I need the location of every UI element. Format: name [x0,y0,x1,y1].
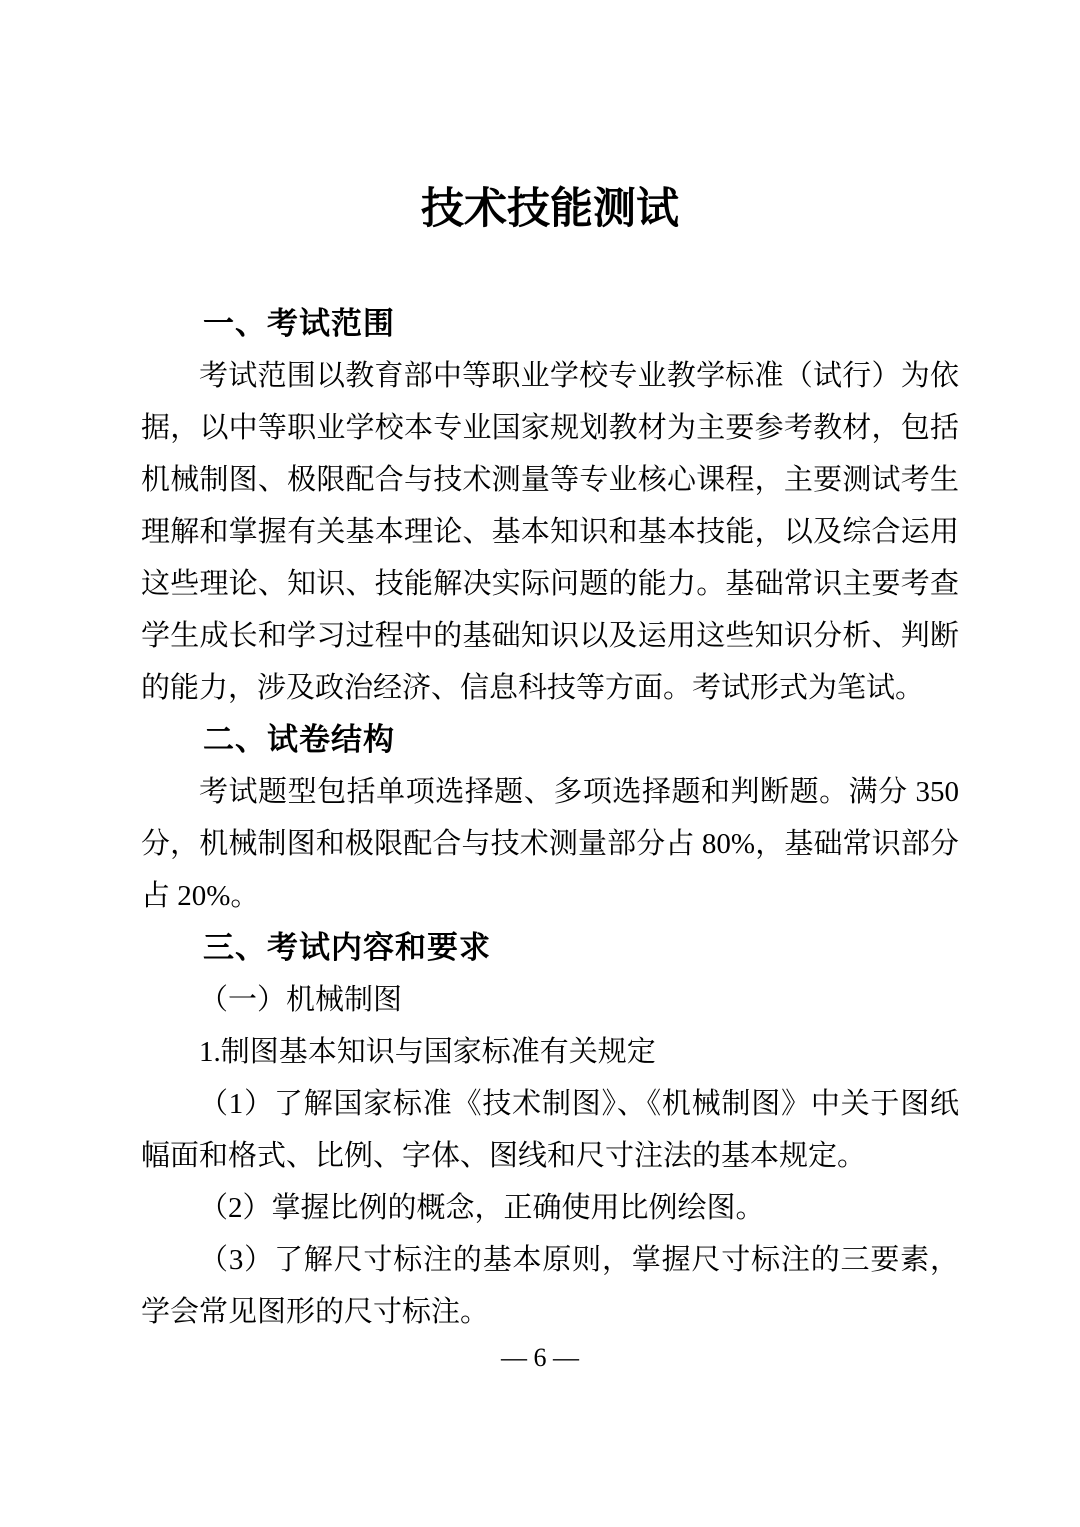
page-number: — 6 — [0,1340,1080,1376]
section-exam-scope: 一、考试范围 考试范围以教育部中等职业学校专业教学标准（试行）为依据，以中等职业… [141,298,959,714]
point-scale-concept: （2）掌握比例的概念，正确使用比例绘图。 [141,1182,959,1234]
section-exam-content: 三、考试内容和要求 （一）机械制图 1.制图基本知识与国家标准有关规定 （1）了… [141,922,959,1338]
section-heading-exam-content: 三、考试内容和要求 [141,922,959,974]
section-heading-paper-structure: 二、试卷结构 [141,714,959,766]
paragraph-exam-scope: 考试范围以教育部中等职业学校专业教学标准（试行）为依据，以中等职业学校本专业国家… [141,350,959,714]
page-title: 技术技能测试 [141,0,959,238]
point-dimensioning: （3）了解尺寸标注的基本原则，掌握尺寸标注的三要素，学会常见图形的尺寸标注。 [141,1234,959,1338]
paragraph-paper-structure: 考试题型包括单项选择题、多项选择题和判断题。满分 350 分，机械制图和极限配合… [141,766,959,922]
section-heading-exam-scope: 一、考试范围 [141,298,959,350]
document-page: 技术技能测试 一、考试范围 考试范围以教育部中等职业学校专业教学标准（试行）为依… [0,0,1080,1527]
item-drawing-basics: 1.制图基本知识与国家标准有关规定 [141,1026,959,1078]
subsection-mechanical-drawing: （一）机械制图 [141,974,959,1026]
section-paper-structure: 二、试卷结构 考试题型包括单项选择题、多项选择题和判断题。满分 350 分，机械… [141,714,959,922]
document-content: 技术技能测试 一、考试范围 考试范围以教育部中等职业学校专业教学标准（试行）为依… [141,0,959,1338]
point-national-standards: （1）了解国家标准《技术制图》、《机械制图》中关于图纸幅面和格式、比例、字体、图… [141,1078,959,1182]
